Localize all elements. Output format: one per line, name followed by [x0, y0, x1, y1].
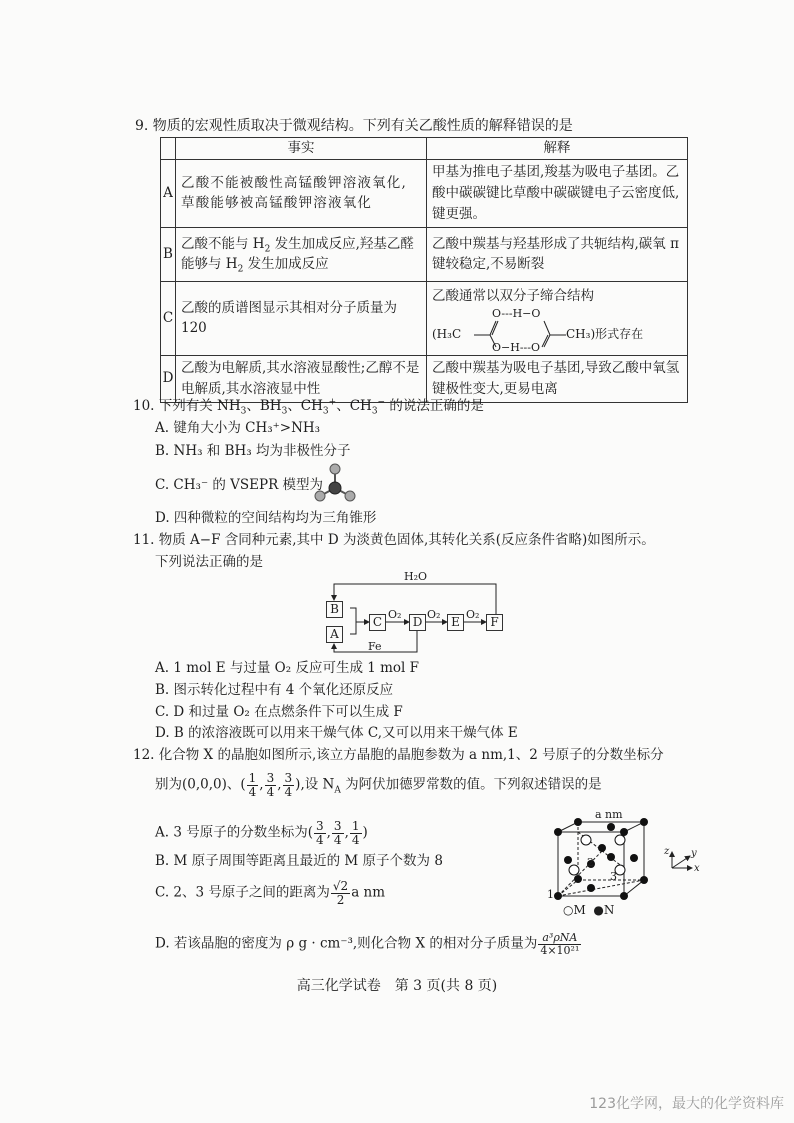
atom-3-label: 3: [610, 870, 617, 883]
dimer-bonds-icon: [432, 307, 692, 351]
atom-1-label: 1: [547, 888, 554, 901]
fraction-numerator: a³ρNA: [538, 932, 581, 945]
stem-text: 10. 下列有关 NH: [133, 398, 241, 414]
row-fact: 乙酸为电解质,其水溶液显酸性;乙醇不是电解质,其水溶液显中性: [176, 355, 427, 402]
label-o2-cd: O₂: [388, 608, 401, 621]
q12-option-b: B. M 原子周围等距离且最近的 M 原子个数为 8: [155, 853, 443, 869]
atom-2-label: 2: [587, 856, 594, 869]
stem-text: 为阿伏加德罗常数的值。下列叙述错误的是: [341, 777, 602, 793]
cell-parameter-label: a nm: [595, 808, 623, 821]
axis-z-label: z: [664, 846, 669, 858]
header-empty: [161, 138, 176, 160]
q9-table: 事实 解释 A 乙酸不能被酸性高锰酸钾溶液氧化,草酸能够被高锰酸钾溶液氧化 甲基…: [160, 137, 688, 403]
q12-stem-line2: 别为(0,0,0)、(14,34,34),设 NA 为阿伏加德罗常数的值。下列叙…: [155, 772, 602, 798]
node-c: C: [369, 614, 386, 631]
row-explain: 乙酸中羰基为吸电子基团,导致乙酸中氧氢键极性变大,更易电离: [427, 355, 688, 402]
fact-text: 发生加成反应: [243, 256, 328, 272]
table-row: A 乙酸不能被酸性高锰酸钾溶液氧化,草酸能够被高锰酸钾溶液氧化 甲基为推电子基团…: [161, 159, 688, 227]
table-row: C 乙酸的质谱图显示其相对分子质量为 120 乙酸通常以双分子缔合结构 (H₃C…: [161, 281, 688, 355]
q11-conversion-diagram: B A C D E F H₂O O₂ O₂ O₂ Fe: [320, 572, 510, 656]
crystal-cell-figure: a nm 1 2 3 z y x: [550, 808, 710, 918]
label-h2o: H₂O: [404, 570, 427, 583]
label-o2-ef: O₂: [466, 608, 479, 621]
q12-option-c: C. 2、3 号原子之间的距离为√22a nm: [155, 880, 385, 906]
label-o2-de: O₂: [427, 608, 440, 621]
unit-cell-icon: [550, 808, 710, 918]
q11-option-b: B. 图示转化过程中有 4 个氧化还原反应: [155, 682, 393, 698]
header-explain: 解释: [427, 138, 688, 160]
q10-stem: 10. 下列有关 NH3、BH3、CH3+、CH3− 的说法正确的是: [133, 398, 484, 414]
row-fact: 乙酸的质谱图显示其相对分子质量为 120: [176, 281, 427, 355]
row-label: D: [161, 355, 176, 402]
crystal-legend: ○M ●N: [563, 903, 614, 917]
axis-y-label: y: [691, 848, 697, 860]
fact-text: 乙酸不能与 H: [181, 236, 265, 252]
q12-option-a: A. 3 号原子的分数坐标为(34,34,14): [155, 820, 368, 846]
row-explain: 乙酸中羰基与羟基形成了共轭结构,碳氧 π 键较稳定,不易断裂: [427, 227, 688, 281]
node-f: F: [486, 614, 503, 631]
label-fe: Fe: [368, 640, 382, 653]
row-label: A: [161, 159, 176, 227]
q10-option-b: B. NH₃ 和 BH₃ 均为非极性分子: [155, 443, 350, 459]
option-text: a nm: [351, 885, 385, 901]
watermark: 123化学网，最大的化学资料库: [589, 1096, 784, 1113]
node-e: E: [447, 614, 464, 631]
option-text: D. 若该晶胞的密度为 ρ g · cm⁻³,则化合物 X 的相对分子质量为: [155, 936, 537, 952]
row-label: C: [161, 281, 176, 355]
q11-option-c: C. D 和过量 O₂ 在点燃条件下可以生成 F: [155, 704, 403, 720]
trigonal-planar-model-icon: [310, 462, 360, 504]
row-fact: 乙酸不能被酸性高锰酸钾溶液氧化,草酸能够被高锰酸钾溶液氧化: [176, 159, 427, 227]
dimer-structure: (H₃C O---H−O O−H---O CH₃)形式存在: [432, 307, 682, 351]
option-text: A. 3 号原子的分数坐标为(: [155, 825, 313, 841]
stem-text: ),设 N: [295, 777, 334, 793]
q11-option-d: D. B 的浓溶液既可以用来干燥气体 C,又可以用来干燥气体 E: [155, 725, 518, 741]
legend-n: N: [604, 903, 615, 917]
table-row: B 乙酸不能与 H2 发生加成反应,羟基乙醛能够与 H2 发生加成反应 乙酸中羰…: [161, 227, 688, 281]
axis-x-label: x: [694, 863, 700, 875]
node-a: A: [326, 626, 343, 643]
q10-option-a: A. 键角大小为 CH₃⁺>NH₃: [155, 420, 320, 436]
page-footer: 高三化学试卷 第 3 页(共 8 页): [0, 978, 794, 995]
struct-right: CH₃)形式存在: [566, 327, 643, 341]
header-fact: 事实: [176, 138, 427, 160]
struct-bottom: O−H---O: [492, 341, 540, 354]
option-text: C. 2、3 号原子之间的距离为: [155, 885, 330, 901]
table-header-row: 事实 解释: [161, 138, 688, 160]
fraction-denominator: 4×10²¹: [538, 945, 581, 957]
q12-stem-line1: 12. 化合物 X 的晶胞如图所示,该立方晶胞的晶胞参数为 a nm,1、2 号…: [133, 747, 664, 763]
q10-option-c: C. CH₃⁻ 的 VSEPR 模型为: [155, 477, 323, 493]
hollow-circle-icon: ○: [563, 903, 573, 917]
q11-stem-line1: 11. 物质 A−F 含同种元素,其中 D 为淡黄色固体,其转化关系(反应条件省…: [133, 532, 655, 548]
row-fact: 乙酸不能与 H2 发生加成反应,羟基乙醛能够与 H2 发生加成反应: [176, 227, 427, 281]
row-explain: 甲基为推电子基团,羧基为吸电子基团。乙酸中碳碳键比草酸中碳碳键电子云密度低,键更…: [427, 159, 688, 227]
node-b: B: [326, 601, 343, 618]
legend-m: M: [573, 903, 585, 917]
q10-option-d: D. 四种微粒的空间结构均为三角锥形: [155, 510, 376, 526]
row-explain: 乙酸通常以双分子缔合结构 (H₃C O---H−O O−H---O CH₃)形式…: [427, 281, 688, 355]
q11-stem-line2: 下列说法正确的是: [155, 554, 263, 570]
stem-text: 的说法正确的是: [385, 398, 484, 414]
struct-top: O---H−O: [492, 307, 540, 320]
table-row: D 乙酸为电解质,其水溶液显酸性;乙醇不是电解质,其水溶液显中性 乙酸中羰基为吸…: [161, 355, 688, 402]
q11-option-a: A. 1 mol E 与过量 O₂ 反应可生成 1 mol F: [155, 660, 419, 676]
q9-stem: 9. 物质的宏观性质取决于微观结构。下列有关乙酸性质的解释错误的是: [135, 118, 573, 135]
node-d: D: [409, 614, 426, 631]
filled-circle-icon: ●: [593, 903, 603, 917]
q12-option-d: D. 若该晶胞的密度为 ρ g · cm⁻³,则化合物 X 的相对分子质量为a³…: [155, 932, 582, 956]
struct-left: (H₃C: [432, 327, 461, 341]
row-label: B: [161, 227, 176, 281]
stem-text: 别为(0,0,0)、(: [155, 777, 246, 793]
explain-line: 乙酸通常以双分子缔合结构: [432, 286, 682, 307]
